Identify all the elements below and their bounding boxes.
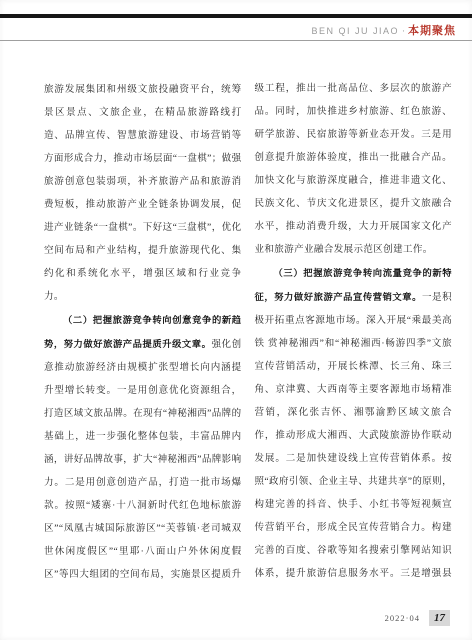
article-body: 旅游发展集团和州级文旅投融资平台，统筹景区景点、文旅企业，在精品旅游路线打造、品… (44, 78, 452, 602)
page-number: 17 (429, 610, 450, 626)
header-separator: · (402, 26, 405, 36)
issue-label: 2022·04 (385, 613, 420, 623)
page-footer: 2022·04 17 (385, 610, 450, 626)
page-header: BEN QI JU JIAO·本期聚焦 (0, 18, 472, 41)
journal-pinyin: BEN QI JU JIAO (311, 26, 399, 36)
paragraph-continuation: 旅游发展集团和州级文旅投融资平台，统筹景区景点、文旅企业，在精品旅游路线打造、品… (44, 78, 242, 309)
paragraph-text: 旅游发展集团和州级文旅投融资平台，统筹景区景点、文旅企业，在精品旅游路线打造、品… (44, 85, 242, 302)
section-title: 本期聚焦 (408, 25, 456, 37)
scanned-journal-page: BEN QI JU JIAO·本期聚焦 旅游发展集团和州级文旅投融资平台，统筹景… (0, 0, 472, 640)
